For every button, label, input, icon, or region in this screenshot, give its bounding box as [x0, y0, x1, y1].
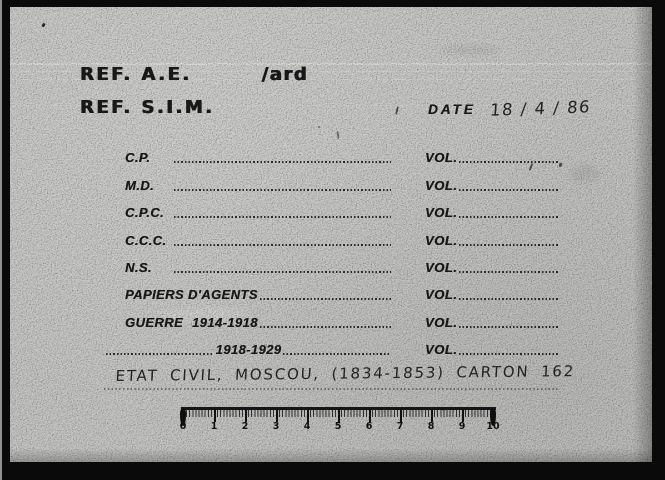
dotted-line: [459, 298, 560, 300]
ruler-number: 0: [180, 421, 187, 432]
scanned-archive-frame: { "header": { "ref_ae_label": "REF. A.E.…: [0, 0, 665, 480]
photo-scale-ruler: 0 1 2 3 4 5 6 7 8 9 10: [183, 403, 493, 441]
handwritten-note: ETAT CIVIL, MOSCOU, (1834-1853) CARTON 1…: [115, 362, 576, 385]
vol-label: VOL.: [425, 261, 457, 274]
ruler-number: 6: [366, 421, 373, 432]
form-row-guerre-1914-1918: GUERRE1914-1918 VOL.: [125, 301, 565, 328]
paper-speck: [318, 126, 320, 128]
ref-sim-label: REF. S.I.M.: [80, 97, 215, 118]
dotted-line: [174, 244, 391, 246]
ruler-number: 1: [211, 421, 218, 432]
dotted-line: [174, 189, 391, 191]
dotted-line: [174, 271, 391, 273]
dotted-line: [459, 326, 560, 328]
ruler-number: 10: [486, 421, 499, 432]
vol-label: VOL.: [425, 151, 457, 164]
dotted-line: [260, 298, 391, 300]
date-value-handwritten: 18 / 4 / 86: [489, 97, 591, 120]
field-label: GUERRE: [125, 316, 192, 329]
form-row-ccc: C.C.C. VOL.: [125, 219, 565, 246]
field-period: 1914-1918: [192, 316, 258, 329]
date-label: DATE: [428, 99, 476, 117]
scanner-edge-line: [0, 0, 2, 480]
dotted-line: [459, 244, 560, 246]
dotted-line: [459, 271, 560, 273]
ruler-number: 9: [459, 421, 466, 432]
vol-label: VOL.: [425, 179, 457, 192]
field-label: C.P.C.: [125, 206, 172, 219]
ruler-number: 2: [242, 421, 249, 432]
dotted-line: [283, 353, 391, 355]
vol-label: VOL.: [425, 316, 457, 329]
field-label: C.C.C.: [125, 234, 172, 247]
field-label: C.P.: [125, 151, 172, 164]
vol-label: VOL.: [425, 206, 457, 219]
paper-smudge: [570, 165, 600, 183]
form-row-cpc: C.P.C. VOL.: [125, 192, 565, 219]
field-label: N.S.: [125, 261, 172, 274]
field-label: M.D.: [125, 179, 172, 192]
date-row: DATE 18 / 4 / 86: [428, 99, 591, 118]
form-row-ns: N.S. VOL.: [125, 247, 565, 274]
form-row-md: M.D. VOL.: [125, 164, 565, 191]
ruler-number: 4: [304, 421, 311, 432]
paper-speck: [395, 106, 399, 115]
paper-smudge: [440, 45, 500, 55]
dotted-line: [459, 161, 560, 163]
ref-ae-row: REF. A.E. /ard: [80, 64, 308, 86]
vol-label: VOL.: [425, 288, 457, 301]
ref-sim-row: REF. S.I.M.: [80, 97, 308, 119]
field-label: PAPIERS D'AGENTS: [125, 288, 258, 301]
vol-label: VOL.: [425, 343, 457, 356]
dotted-line: [174, 216, 391, 218]
dotted-line: [459, 353, 560, 355]
form-row-cp: C.P. VOL.: [125, 137, 565, 164]
form-row-papiers-agents: PAPIERS D'AGENTS VOL.: [125, 274, 565, 301]
form-rows: C.P. VOL. M.D. VOL. C.P.C. VOL. C.C.C. V…: [125, 137, 565, 356]
dotted-line: [174, 161, 391, 163]
ruler-number: 5: [335, 421, 342, 432]
field-period: 1918-1929: [216, 343, 282, 356]
ruler-number: 7: [397, 421, 404, 432]
dotted-line: [260, 326, 391, 328]
dotted-line: [106, 353, 214, 355]
header-block: REF. A.E. /ard REF. S.I.M.: [80, 64, 308, 118]
dotted-line: [104, 388, 560, 390]
dotted-line: [459, 216, 560, 218]
ref-ae-value: /ard: [262, 64, 308, 86]
dotted-line: [459, 189, 560, 191]
paper-speck: [41, 23, 46, 28]
ref-ae-label: REF. A.E.: [80, 64, 192, 86]
ruler-number: 8: [428, 421, 435, 432]
ruler-number: 3: [273, 421, 280, 432]
archive-reference-card: REF. A.E. /ard REF. S.I.M. DATE 18 / 4 /…: [10, 7, 652, 462]
form-row-1918-1929: 1918-1929 VOL.: [125, 329, 565, 356]
vol-label: VOL.: [425, 234, 457, 247]
